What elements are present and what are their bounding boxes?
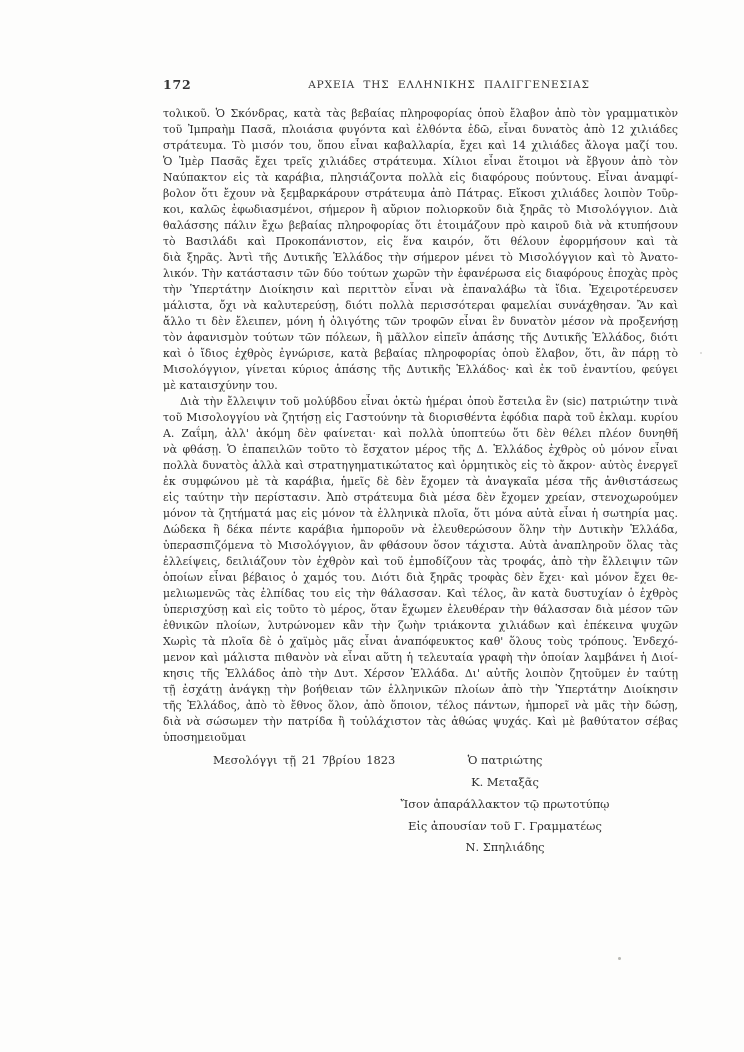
text-line: Μισολόγγιον, γίνεται κύριος ἁπάσης τῆς Δ… xyxy=(163,362,678,378)
text-line: μὲ καταισχύνην του. xyxy=(163,378,678,394)
text-line: τὸν ἀφανισμὸν τούτων τῶν πόλεων, ἢ μᾶλλο… xyxy=(163,330,678,346)
text-line: ὑποσημειοῦμαι xyxy=(163,730,678,746)
text-line: τῇ ἐσχάτῃ ἀνάγκῃ τὴν βοήθειαν τῶν ἑλληνι… xyxy=(163,682,678,698)
text-line: Χωρὶς τὰ πλοῖα δὲ ὁ χαϊμὸς μᾶς εἶναι ἀνα… xyxy=(163,634,678,650)
signature-title: Ὁ πατριώτης xyxy=(355,753,655,767)
text-line: καὶ ὁ ἴδιος ἐχθρὸς ἐγνώρισε, κατὰ βεβαία… xyxy=(163,346,678,362)
scan-artifact xyxy=(618,957,621,960)
text-line: λικόν. Τὴν κατάστασιν τῶν δύο τούτων χωρ… xyxy=(163,266,678,282)
text-line: τοῦ Μισολογγίου νὰ ζητήσῃ εἰς Γαστούνην … xyxy=(163,410,678,426)
text-line: Ὁ Ἰμὲρ Πασᾶς ἔχει τρεῖς χιλιάδες στράτευ… xyxy=(163,154,678,170)
text-line: Ναύπακτον εἰς τὰ καράβια, πλησιάζοντα πο… xyxy=(163,170,678,186)
certification-line: Ἴσον ἀπαράλλακτον τῷ πρωτοτύπῳ xyxy=(355,797,655,811)
text-line: τῆς Ἑλλάδος, ἀπὸ τὸ ἔθνος ὅλον, ἀπὸ ὅποι… xyxy=(163,698,678,714)
text-line: ἐλλείψεις, δειλιάζουν τὸν ἐχθρὸν καὶ τοῦ… xyxy=(163,554,678,570)
text-line: τὴν Ὑπερτάτην Διοίκησιν καὶ περιττὸν εἶν… xyxy=(163,282,678,298)
certification-line: Εἰς ἀπουσίαν τοῦ Γ. Γραμματέως xyxy=(355,819,655,833)
text-line: μελιωμενῶς τὰς ἐλπίδας του εἰς τὴν θάλασ… xyxy=(163,586,678,602)
running-header-title: ΑΡΧΕΙΑ ΤΗΣ ΕΛΛΗΝΙΚΗΣ ΠΑΛΙΓΓΕΝΕΣΙΑΣ xyxy=(288,79,610,91)
signature-name: Κ. Μεταξᾶς xyxy=(355,775,655,789)
text-line: ἐκ συμφώνου μὲ τὰ καράβια, ἡμεῖς δὲ δὲν … xyxy=(163,474,678,490)
text-line: ὑπερισχύσῃ καὶ εἰς τοῦτο τὸ μέρος, ὅταν … xyxy=(163,602,678,618)
text-line: μενον καὶ μάλιστα πιθανὸν νὰ εἶναι αὕτη … xyxy=(163,650,678,666)
text-line: διὰ ξηρᾶς. Ἀντὶ τῆς Δυτικῆς Ἑλλάδος τὴν … xyxy=(163,250,678,266)
text-line: τὸ Βασιλάδι καὶ Προκοπάνιστον, εἰς ἕνα κ… xyxy=(163,234,678,250)
text-line: ἄλλο τι δὲν ἔλειπεν, μόνη ἡ ὀλιγότης τῶν… xyxy=(163,314,678,330)
text-line: νὰ φθάσῃ. Ὁ ἐπαπειλῶν τοῦτο τὸ ἔσχατον μ… xyxy=(163,442,678,458)
text-line: μόνον τὰ ζητήματά μας εἰς μόνον τὰ ἑλλην… xyxy=(163,506,678,522)
text-line: στράτευμα. Τὸ μισόν του, ὅπου εἶναι καβα… xyxy=(163,138,678,154)
text-line: θαλάσσης πάλιν ἔχω βεβαίας πληροφορίας ὅ… xyxy=(163,218,678,234)
text-line: ὁποίων εἶναι βέβαιος ὁ χαμός του. Διότι … xyxy=(163,570,678,586)
document-body: τολικοῦ. Ὁ Σκόνδρας, κατὰ τὰς βεβαίας πλ… xyxy=(163,106,678,746)
text-line: κησις τῆς Ἑλλάδος ἀπὸ τὴν Δυτ. Χέρσον Ἑλ… xyxy=(163,666,678,682)
text-line: βολον ὅτι ἔχουν νὰ ξεμβαρκάρουν στράτευμ… xyxy=(163,186,678,202)
text-line: τοῦ Ἰμπραὴμ Πασᾶ, πλοιάσια φυγόντα καὶ ἐ… xyxy=(163,122,678,138)
text-line: Δώδεκα ἢ δέκα πέντε καράβια ἠμποροῦν νὰ … xyxy=(163,522,678,538)
text-line: κοι, καλῶς ἐφωδιασμένοι, σήμερον ἢ αὔριο… xyxy=(163,202,678,218)
text-line: εἰς ταύτην τὴν περίστασιν. Ἀπὸ στράτευμα… xyxy=(163,490,678,506)
text-line: ἐθνικῶν πλοίων, λυτρώνομεν κἂν τὴν ζωὴν … xyxy=(163,618,678,634)
text-line: ὑπερασπιζόμενα τὸ Μισολόγγιον, ἂν φθάσου… xyxy=(163,538,678,554)
text-line: τολικοῦ. Ὁ Σκόνδρας, κατὰ τὰς βεβαίας πλ… xyxy=(163,106,678,122)
text-line: διὰ νὰ σώσωμεν τὴν πατρίδα ἢ τοὐλάχιστον… xyxy=(163,714,678,730)
page-number: 172 xyxy=(163,77,192,92)
text-line: Α. Ζαΐμη, ἀλλ' ἀκόμη δὲν φαίνεται· καὶ π… xyxy=(163,426,678,442)
scanned-book-page: 172 ΑΡΧΕΙΑ ΤΗΣ ΕΛΛΗΝΙΚΗΣ ΠΑΛΙΓΓΕΝΕΣΙΑΣ τ… xyxy=(0,0,744,1052)
text-line: μάλιστα, ὄχι νὰ καλυτερεύσῃ, διότι πολλὰ… xyxy=(163,298,678,314)
scan-artifact xyxy=(700,352,702,354)
certification-signature-name: Ν. Σπηλιάδης xyxy=(355,840,655,854)
text-line: πολλὰ δυνατὸς ἀλλὰ καὶ στρατηγηματικώτατ… xyxy=(163,458,678,474)
text-line: Διὰ τὴν ἔλλειψιν τοῦ μολύβδου εἶναι ὀκτὼ… xyxy=(163,394,678,410)
